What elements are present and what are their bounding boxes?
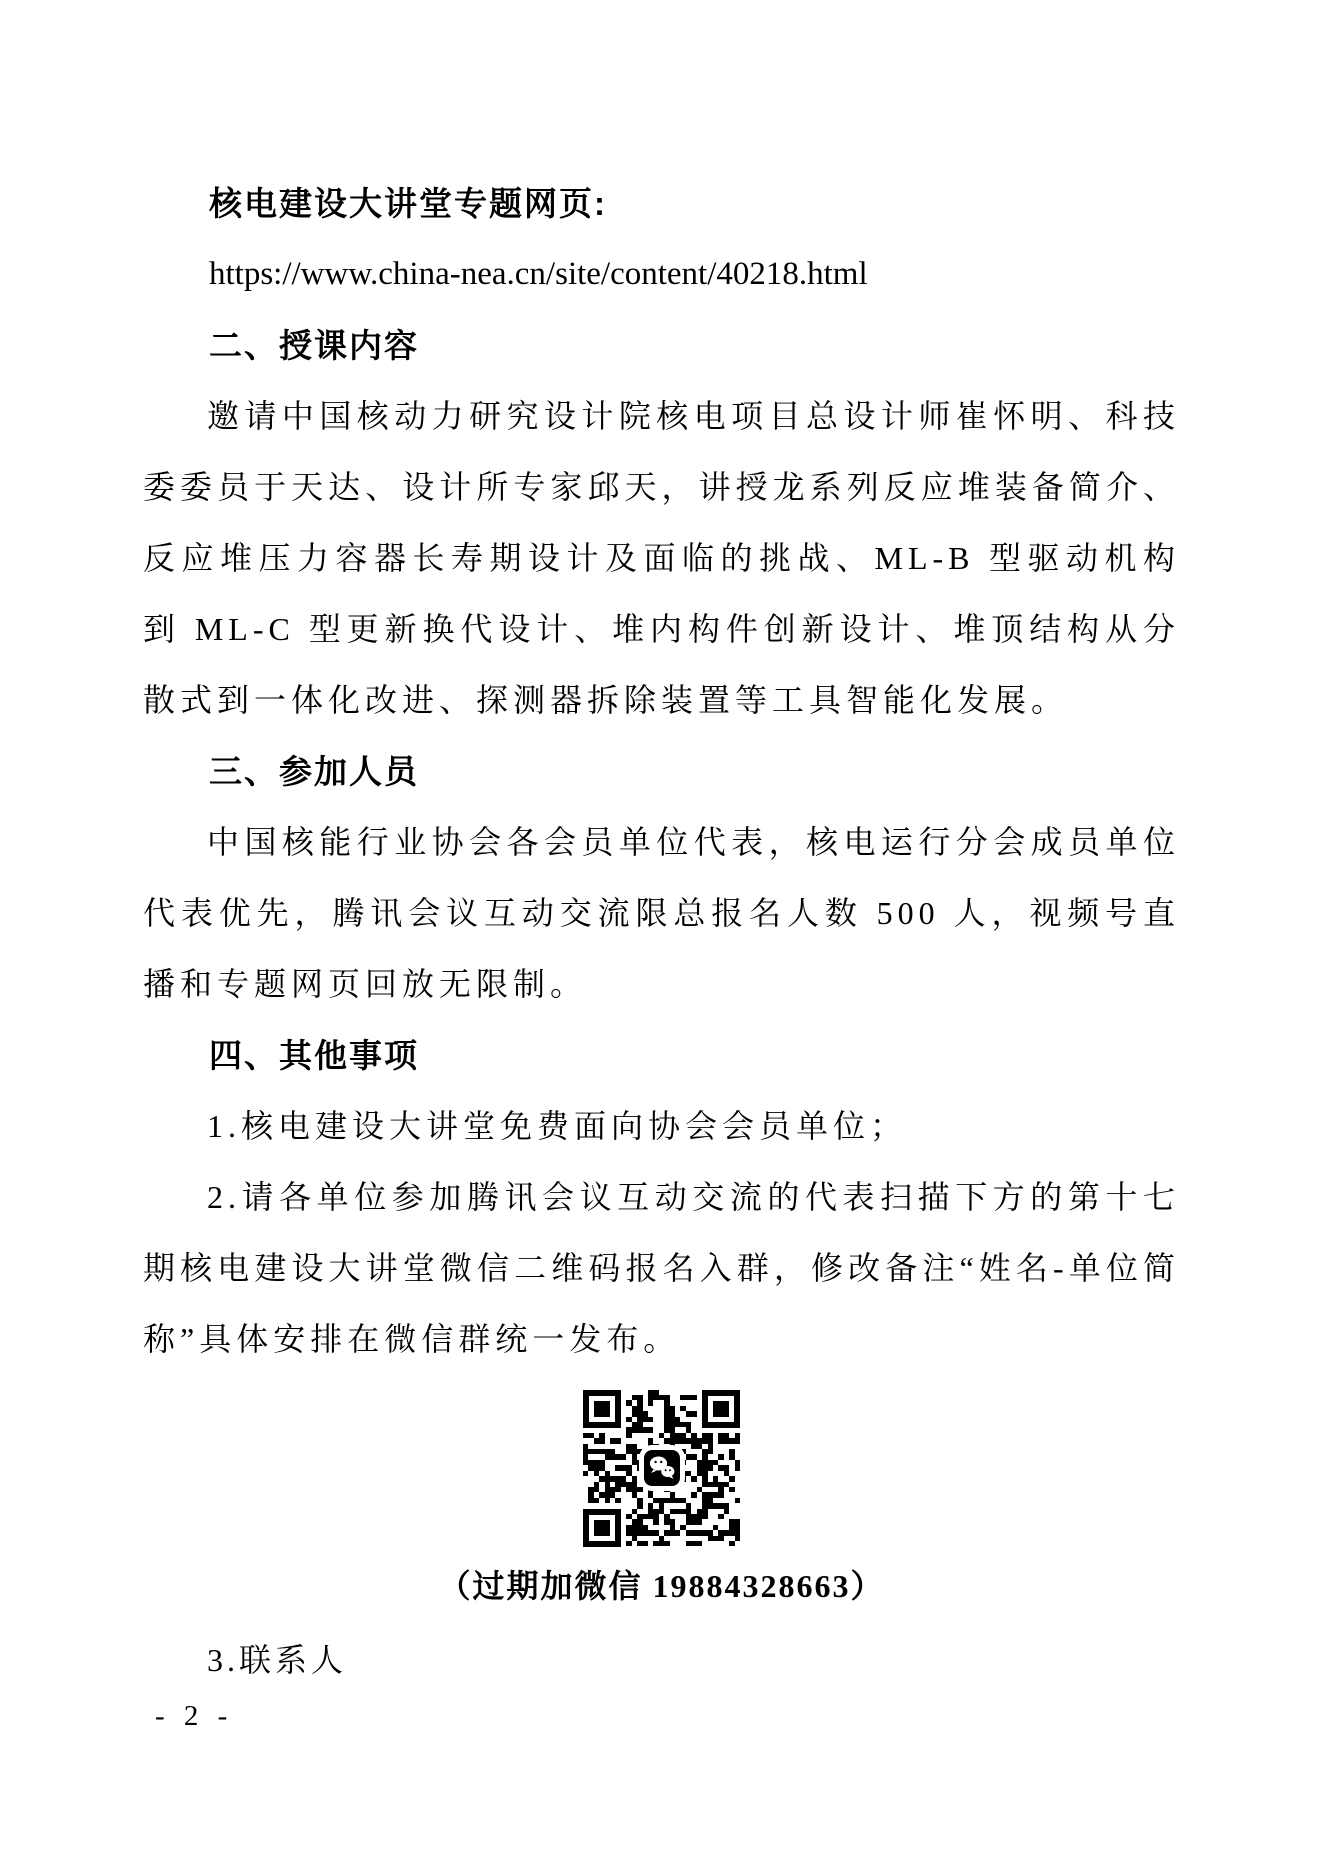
- qr-finder-bottomleft-icon: [583, 1509, 621, 1547]
- webpage-url-link[interactable]: https://www.china-nea.cn/site/content/40…: [143, 239, 1180, 310]
- document-content: 核电建设大讲堂专题网页: https://www.china-nea.cn/si…: [143, 168, 1180, 1696]
- qr-finder-topright-icon: [702, 1390, 740, 1428]
- qr-finder-topleft-icon: [583, 1390, 621, 1428]
- section-2-paragraph: 邀请中国核动力研究设计院核电项目总设计师崔怀明、科技委委员于天达、设计所专家邱天…: [143, 381, 1180, 736]
- wechat-logo-icon: [644, 1450, 680, 1486]
- section-4-heading: 四、其他事项: [143, 1020, 1180, 1091]
- section-4-item-3-contact: 3.联系人: [143, 1625, 1180, 1696]
- wechat-qr-code: [583, 1390, 740, 1547]
- section-2-heading: 二、授课内容: [143, 310, 1180, 381]
- qr-caption: （过期加微信 19884328663）: [143, 1547, 1180, 1625]
- document-page: 核电建设大讲堂专题网页: https://www.china-nea.cn/si…: [0, 0, 1323, 1871]
- qr-code-block: [143, 1389, 1180, 1547]
- section-4-item-1: 1.核电建设大讲堂免费面向协会会员单位；: [143, 1091, 1180, 1162]
- section-4-item-2: 2.请各单位参加腾讯会议互动交流的代表扫描下方的第十七期核电建设大讲堂微信二维码…: [143, 1162, 1180, 1375]
- webpage-heading: 核电建设大讲堂专题网页:: [143, 168, 1180, 239]
- section-3-heading: 三、参加人员: [143, 736, 1180, 807]
- section-3-paragraph: 中国核能行业协会各会员单位代表，核电运行分会成员单位代表优先，腾讯会议互动交流限…: [143, 807, 1180, 1020]
- page-number: - 2 -: [155, 1700, 233, 1733]
